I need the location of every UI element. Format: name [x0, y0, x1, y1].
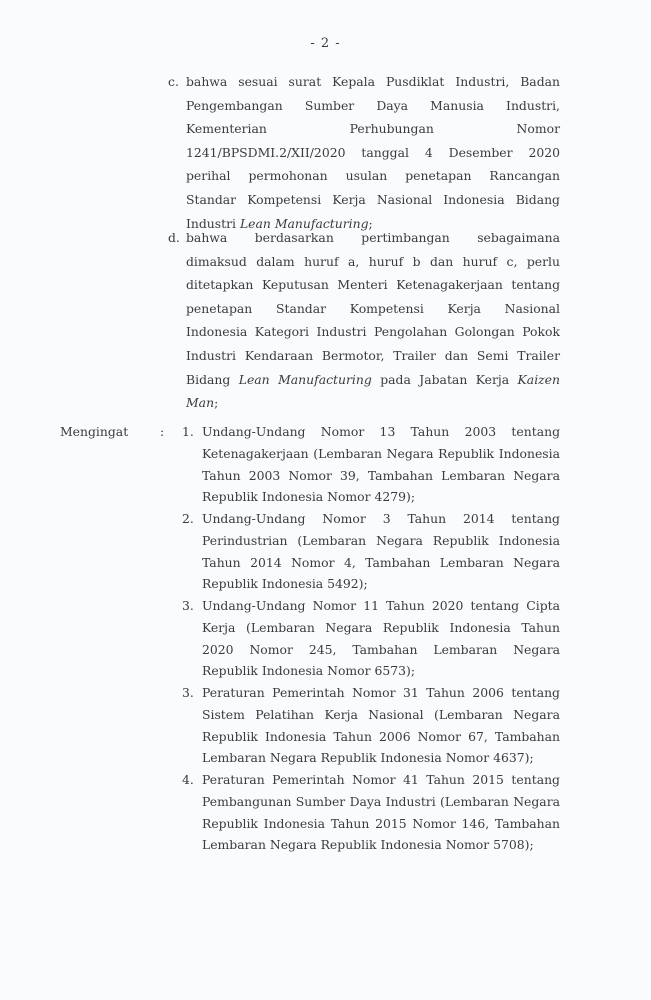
- consideration-d: d. bahwa berdasarkan pertimbangan sebaga…: [186, 226, 560, 415]
- text-line: Standar Kompetensi Kerja Nasional Indone…: [186, 188, 560, 212]
- text-line: ditetapkan Keputusan Menteri Ketenagaker…: [186, 273, 560, 297]
- text-line: Republik Indonesia 5492);: [202, 573, 560, 595]
- text-line: Republik Indonesia Nomor 6573);: [202, 660, 560, 682]
- consideration-label: c.: [168, 70, 179, 94]
- text-line: Kementerian Perhubungan Nomor: [186, 117, 560, 141]
- list-item: 3. Undang-Undang Nomor 11 Tahun 2020 ten…: [202, 595, 560, 682]
- text-line: Peraturan Pemerintah Nomor 41 Tahun 2015…: [202, 769, 560, 791]
- list-number: 4.: [182, 769, 194, 791]
- list-item: 1. Undang-Undang Nomor 13 Tahun 2003 ten…: [202, 421, 560, 508]
- text-line: Perindustrian (Lembaran Negara Republik …: [202, 530, 560, 552]
- list-number: 1.: [182, 421, 194, 443]
- text-line: Bidang Lean Manufacturing pada Jabatan K…: [186, 368, 560, 392]
- text-line: bahwa berdasarkan pertimbangan sebagaima…: [186, 226, 560, 250]
- text-line: Undang-Undang Nomor 13 Tahun 2003 tentan…: [202, 421, 560, 443]
- text-line: Republik Indonesia Tahun 2006 Nomor 67, …: [202, 726, 560, 748]
- text-line: Tahun 2003 Nomor 39, Tambahan Lembaran N…: [202, 465, 560, 487]
- text-line: 1241/BPSDMI.2/XII/2020 tanggal 4 Desembe…: [186, 141, 560, 165]
- text-line: Pengembangan Sumber Daya Manusia Industr…: [186, 94, 560, 118]
- text-line: Peraturan Pemerintah Nomor 31 Tahun 2006…: [202, 682, 560, 704]
- list-item: 3. Peraturan Pemerintah Nomor 31 Tahun 2…: [202, 682, 560, 769]
- text-line: Kerja (Lembaran Negara Republik Indonesi…: [202, 617, 560, 639]
- list-number: 3.: [182, 595, 194, 617]
- text-line: Undang-Undang Nomor 3 Tahun 2014 tentang: [202, 508, 560, 530]
- mengingat-colon: :: [160, 424, 164, 439]
- list-number: 2.: [182, 508, 194, 530]
- text-line: Indonesia Kategori Industri Pengolahan G…: [186, 320, 560, 344]
- text-line: dimaksud dalam huruf a, huruf b dan huru…: [186, 250, 560, 274]
- text-line: Lembaran Negara Republik Indonesia Nomor…: [202, 834, 560, 856]
- consideration-label: d.: [168, 226, 180, 250]
- text-line: Sistem Pelatihan Kerja Nasional (Lembara…: [202, 704, 560, 726]
- text-line: Lembaran Negara Republik Indonesia Nomor…: [202, 747, 560, 769]
- text-line: bahwa sesuai surat Kepala Pusdiklat Indu…: [186, 70, 560, 94]
- list-item: 4. Peraturan Pemerintah Nomor 41 Tahun 2…: [202, 769, 560, 856]
- text-line: Undang-Undang Nomor 11 Tahun 2020 tentan…: [202, 595, 560, 617]
- text-line: Man;: [186, 391, 560, 415]
- text-line: Republik Indonesia Tahun 2015 Nomor 146,…: [202, 813, 560, 835]
- text-line: Pembangunan Sumber Daya Industri (Lembar…: [202, 791, 560, 813]
- consideration-c: c. bahwa sesuai surat Kepala Pusdiklat I…: [186, 70, 560, 235]
- text-line: Tahun 2014 Nomor 4, Tambahan Lembaran Ne…: [202, 552, 560, 574]
- list-item: 2. Undang-Undang Nomor 3 Tahun 2014 tent…: [202, 508, 560, 595]
- text-line: perihal permohonan usulan penetapan Ranc…: [186, 164, 560, 188]
- text-line: 2020 Nomor 245, Tambahan Lembaran Negara: [202, 639, 560, 661]
- text-line: Industri Kendaraan Bermotor, Trailer dan…: [186, 344, 560, 368]
- mengingat-label: Mengingat: [60, 424, 128, 439]
- page-number: - 2 -: [0, 36, 651, 51]
- text-line: Republik Indonesia Nomor 4279);: [202, 486, 560, 508]
- list-number: 3.: [182, 682, 194, 704]
- text-line: penetapan Standar Kompetensi Kerja Nasio…: [186, 297, 560, 321]
- text-line: Ketenagakerjaan (Lembaran Negara Republi…: [202, 443, 560, 465]
